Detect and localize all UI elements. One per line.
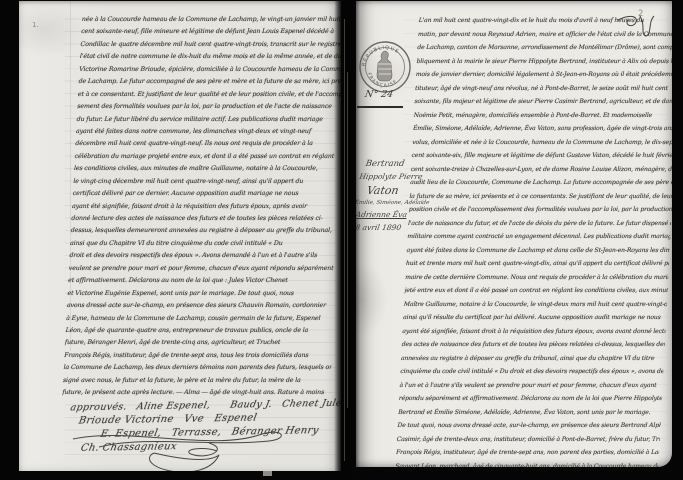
manuscript-line: certificat délivré par ce dernier. Aucun… bbox=[72, 188, 341, 200]
manuscript-line: Léon, âgé de quarante-quatre ans, entrep… bbox=[65, 325, 334, 337]
manuscript-line: veulent se prendre pour mari et pour fem… bbox=[68, 263, 337, 275]
manuscript-line: Bertrand et Émilie Siméone, Adélaïde, Ad… bbox=[398, 406, 662, 420]
manuscript-line: bliquement à la mairie le sieur Pierre H… bbox=[416, 55, 672, 69]
manuscript-line: de Lachamp, canton de Marsanne, arrondis… bbox=[417, 41, 672, 55]
manuscript-line: matin, par devant nous Reynaud Adrien, m… bbox=[418, 28, 672, 42]
manuscript-line: cent soixante-neuf, fille mineure et lég… bbox=[81, 26, 341, 38]
manuscript-line: à Eyne, hameau de la Commune de Lachamp,… bbox=[66, 313, 335, 325]
register-page-right: 2 RÉPUBLIQUE FRANÇAISE N° bbox=[356, 1, 672, 467]
manuscript-line: mois de janvier dernier, domicilié légal… bbox=[415, 68, 672, 82]
manuscript-line: annexées au registre à déposer au greffe… bbox=[401, 352, 665, 366]
manuscript-line: répondu séparément et affirmativement. D… bbox=[399, 392, 663, 406]
manuscript-line: de Lachamp. Le futur accompagné de ses p… bbox=[78, 76, 341, 88]
manuscript-line: future, Béranger Henri, âgé de trente-ci… bbox=[65, 337, 334, 349]
manuscript-line: le vingt-cinq décembre mil huit cent qua… bbox=[73, 176, 341, 188]
manuscript-line: et à ce consentant. Et justifiant de leu… bbox=[78, 89, 341, 101]
manuscript-line: à l'un et à l'autre s'ils veulent se pre… bbox=[399, 379, 663, 393]
manuscript-line: la Commune de Lachamp, les deux derniers… bbox=[63, 362, 332, 374]
manuscript-line: Victorine Romarine Brioude, épicière, do… bbox=[79, 64, 341, 76]
manuscript-line: Sauvant Léon, marchand, âgé de cinquante… bbox=[395, 460, 659, 468]
manuscript-line: tituteur, âgé de vingt-neuf ans révolus,… bbox=[415, 82, 672, 96]
binding-gutter bbox=[334, 0, 360, 480]
stamp-figure bbox=[377, 51, 392, 81]
manuscript-line: avons dressé acte sur-le-champ, en prése… bbox=[66, 300, 335, 312]
manuscript-line: Émilie, Siméone, Adélaïde, Adrienne, Éva… bbox=[413, 122, 672, 136]
manuscript-line: ayant été faites dans notre commune, les… bbox=[76, 126, 341, 138]
page-edge-line bbox=[347, 72, 348, 408]
register-page-left: 1. née à la Coucourde hameau de la Commu… bbox=[19, 1, 341, 471]
manuscript-line: cent soixante-six, fille majeure et légi… bbox=[411, 149, 672, 163]
manuscript-line: audit lieu de la Coucourde, Commune de L… bbox=[410, 176, 672, 190]
manuscript-line: Noémie Petit, ménagère, domiciliés ensem… bbox=[413, 109, 672, 123]
manuscript-line: François Régis, instituteur, âgé de tren… bbox=[64, 350, 333, 362]
manuscript-line: volus, domiciliée et née à la Coucourde,… bbox=[412, 136, 672, 150]
manuscript-line: du futur. Le futur libéré du service mil… bbox=[76, 114, 341, 126]
scanned-register-spread: 1. née à la Coucourde hameau de la Commu… bbox=[0, 0, 683, 480]
margin-pencil-mark: 1. bbox=[32, 21, 39, 29]
manuscript-line: et affirmativement. Déclarons au nom de … bbox=[68, 275, 337, 287]
manuscript-line: jeté entre eux et dont il a été passé un… bbox=[404, 284, 668, 298]
manuscript-line: Casimir, âgé de trente-deux ans, institu… bbox=[396, 433, 660, 447]
manuscript-text-left: née à la Coucourde hameau de la Commune … bbox=[62, 14, 341, 400]
act-number: N° 24 bbox=[364, 89, 394, 100]
republique-francaise-stamp-icon: RÉPUBLIQUE FRANÇAISE bbox=[358, 40, 412, 94]
manuscript-line: cinquième du code civil intitulé « Du dr… bbox=[400, 365, 664, 379]
manuscript-line: née à la Coucourde hameau de la Commune … bbox=[81, 14, 341, 26]
manuscript-line: ainsi que du Chapitre VI du titre cinqui… bbox=[70, 238, 339, 250]
manuscript-line: et Victorine Eugénie Espenel, sont unis … bbox=[67, 288, 336, 300]
scanner-background-left bbox=[0, 0, 19, 480]
manuscript-line: droit et des devoirs respectifs des épou… bbox=[69, 250, 338, 262]
manuscript-line: position civile et de l'accomplissement … bbox=[408, 203, 672, 217]
manuscript-line: L'an mil huit cent quatre-vingt-dix et l… bbox=[418, 14, 672, 28]
manuscript-line: ayant été faites dans la Commune de Lach… bbox=[406, 244, 670, 258]
manuscript-line: des actes de naissance des futurs et de … bbox=[401, 338, 665, 352]
manuscript-line: la future de sa mère, ici présents et à … bbox=[409, 190, 672, 204]
manuscript-line: Condillac le quatre décembre mil huit ce… bbox=[80, 39, 341, 51]
manuscript-line: soixante, fils majeur et légitime de sie… bbox=[414, 95, 672, 109]
page-edge-line bbox=[344, 19, 345, 461]
manuscript-line: De tout quoi, nous avons dressé acte, su… bbox=[397, 419, 661, 433]
manuscript-line: signé avec nous, le futur et la future, … bbox=[63, 375, 332, 387]
manuscript-line: l'état civil de notre commune le dix-hui… bbox=[79, 51, 341, 63]
manuscript-line: les conditions civiles, aux minutes de m… bbox=[74, 163, 341, 175]
manuscript-line: huit et trente mars mil huit cent quatre… bbox=[406, 257, 670, 271]
manuscript-line: célébration du mariage projeté entre eux… bbox=[74, 151, 341, 163]
manuscript-line: militaire comme ayant contracté un engag… bbox=[407, 230, 671, 244]
manuscript-line: Maître Guillaume, notaire à la Coucourde… bbox=[403, 298, 667, 312]
manuscript-line: l'acte de naissance du futur, et de l'ac… bbox=[408, 217, 672, 231]
manuscript-line: ayant été signifiée, faisant droit à la … bbox=[402, 325, 666, 339]
margin-divider bbox=[357, 106, 403, 108]
manuscript-line: ainsi qu'il résulte du certificat par lu… bbox=[403, 311, 667, 325]
manuscript-line: sement des formalités voulues par la loi… bbox=[77, 101, 341, 113]
manuscript-line: François Régis, instituteur, âgé de tren… bbox=[396, 446, 660, 460]
manuscript-line: ayant été signifiée, faisant droit à la … bbox=[72, 201, 341, 213]
manuscript-line: cent soixante-treize à Chazelles-sur-Lyo… bbox=[411, 163, 672, 177]
manuscript-line: dessus, lesquelles demeureront annexées … bbox=[70, 225, 339, 237]
manuscript-line: maire de cette dernière Commune. Nous on… bbox=[405, 271, 669, 285]
manuscript-text-right: L'an mil huit cent quatre-vingt-dix et l… bbox=[395, 14, 672, 467]
scanner-background-right bbox=[672, 0, 683, 480]
signature-flourish-icon bbox=[59, 425, 294, 471]
page-tab bbox=[263, 471, 272, 476]
manuscript-line: donné lecture des actes de naissance des… bbox=[71, 213, 340, 225]
manuscript-line: décembre mil huit cent quatre-vingt-neuf… bbox=[75, 138, 341, 150]
